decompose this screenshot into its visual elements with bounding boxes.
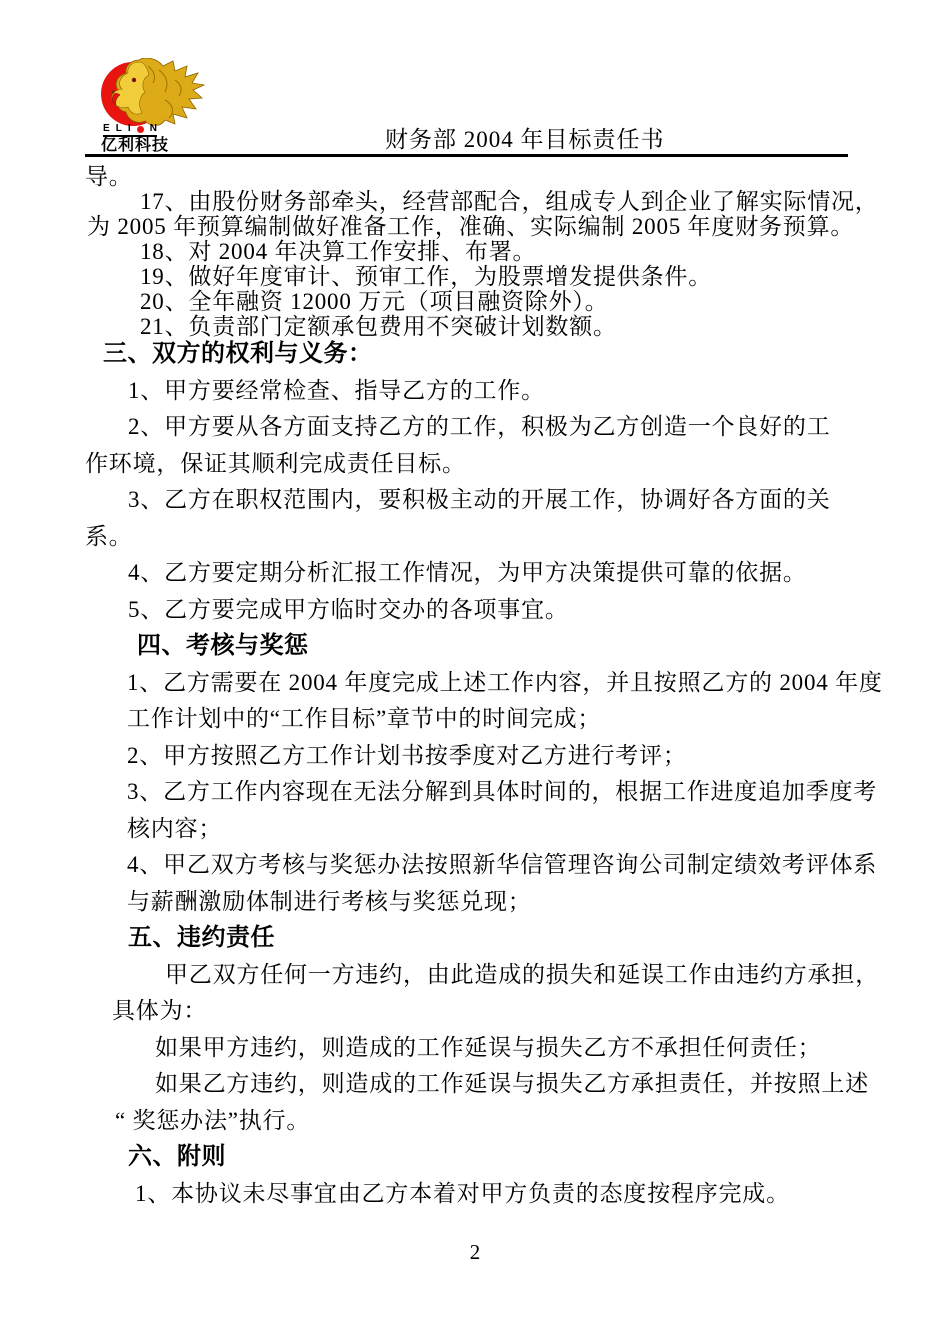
text-line: 5、乙方要完成甲方临时交办的各项事宜。 [85,592,885,629]
text-line: 作环境，保证其顺利完成责任目标。 [85,446,885,483]
text-line: 2、甲方按照乙方工作计划书按季度对乙方进行考评； [85,738,885,775]
brand-letter: I [128,124,131,134]
text-block-sections3to6: 三、双方的权利与义务：1、甲方要经常检查、指导乙方的工作。2、甲方要从各方面支持… [85,336,885,1212]
brand-letter: N [150,124,157,134]
text-line: 导。 [85,164,885,189]
page-footer: 2 [0,1240,950,1265]
page-number: 2 [470,1240,481,1264]
text-line: 具体为： [85,993,885,1030]
lion-logo-graphic [101,58,213,128]
text-line: 18、对 2004 年决算工作安排、布署。 [85,239,885,264]
lion-nose [112,91,115,94]
text-line: 1、本协议未尽事宜由乙方本着对甲方负责的态度按程序完成。 [85,1176,885,1213]
header-title: 财务部 2004 年目标责任书 [385,127,665,153]
brand-letter: E [103,124,110,134]
text-line: 核内容； [85,811,885,848]
elion-logo: ELIN 亿利科技 [101,58,221,158]
text-line: 4、乙方要定期分析汇报工作情况，为甲方决策提供可靠的依据。 [85,555,885,592]
text-line: 如果乙方违约，则造成的工作延误与损失乙方承担责任，并按照上述 [85,1066,885,1103]
text-line: 4、甲乙双方考核与奖惩办法按照新华信管理咨询公司制定绩效考评体系 [85,847,885,884]
text-line: 2、甲方要从各方面支持乙方的工作，积极为乙方创造一个良好的工 [85,409,885,446]
brand-name-cn: 亿利科技 [101,138,169,154]
brand-name-en: ELIN [103,124,157,137]
text-line: 1、乙方需要在 2004 年度完成上述工作内容，并且按照乙方的 2004 年度 [85,665,885,702]
text-line: 如果甲方违约，则造成的工作延误与损失乙方不承担任何责任； [85,1030,885,1067]
section-heading: 三、双方的权利与义务： [85,336,885,373]
lion-eye [132,78,136,82]
text-line: “ 奖惩办法”执行。 [85,1103,885,1140]
text-line: 为 2005 年预算编制做好准备工作，准确、实际编制 2005 年度财务预算。 [85,214,885,239]
section-heading: 五、违约责任 [85,920,885,957]
header-rule [85,154,848,157]
text-line: 3、乙方工作内容现在无法分解到具体时间的，根据工作进度追加季度考 [85,774,885,811]
text-line: 与薪酬激励体制进行考核与奖惩兑现； [85,884,885,921]
document-page: ELIN 亿利科技 财务部 2004 年目标责任书 导。17、由股份财务部牵头，… [0,0,950,1344]
document-body: 导。17、由股份财务部牵头，经营部配合，组成专人到企业了解实际情况，为 2005… [85,164,885,1212]
text-block-section2-tail: 导。17、由股份财务部牵头，经营部配合，组成专人到企业了解实际情况，为 2005… [85,164,885,339]
text-line: 20、全年融资 12000 万元（项目融资除外）。 [85,289,885,314]
text-line: 甲乙双方任何一方违约，由此造成的损失和延误工作由违约方承担， [85,957,885,994]
brand-letter-o-dot [137,126,144,133]
section-heading: 六、附则 [85,1139,885,1176]
text-line: 19、做好年度审计、预审工作，为股票增发提供条件。 [85,264,885,289]
text-line: 17、由股份财务部牵头，经营部配合，组成专人到企业了解实际情况， [85,189,885,214]
section-heading: 四、考核与奖惩 [85,628,885,665]
brand-letter: L [116,124,122,134]
text-line: 工作计划中的“工作目标”章节中的时间完成； [85,701,885,738]
text-line: 系。 [85,519,885,556]
text-line: 3、乙方在职权范围内，要积极主动的开展工作，协调好各方面的关 [85,482,885,519]
text-line: 1、甲方要经常检查、指导乙方的工作。 [85,373,885,410]
